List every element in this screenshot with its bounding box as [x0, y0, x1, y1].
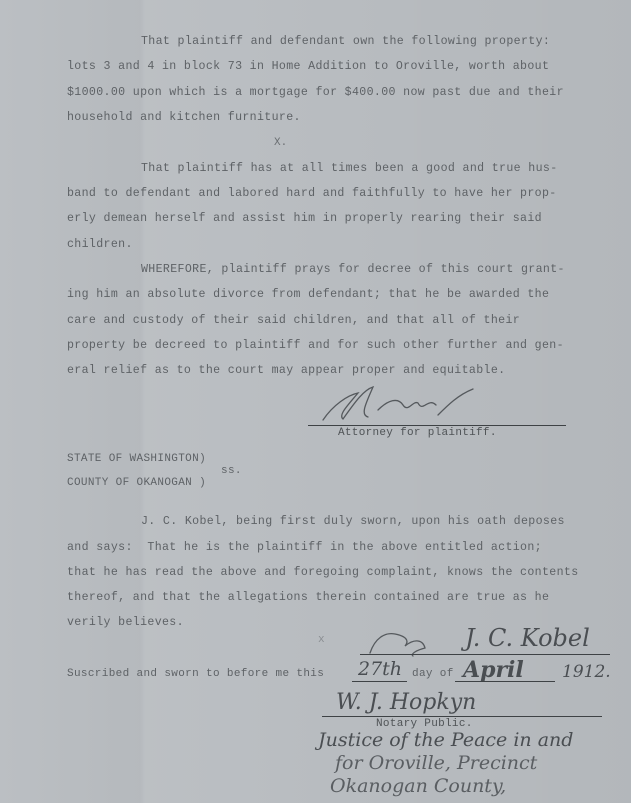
jurat-month: April [463, 657, 524, 683]
affiant-signature-line [360, 654, 610, 655]
conduct-line-4: children. [67, 238, 133, 251]
conduct-line-3: erly demean herself and assist him in pr… [67, 212, 542, 225]
conduct-line-2: band to defendant and labored hard and f… [67, 187, 557, 200]
jurat-day: 27th [358, 658, 402, 680]
property-line-1: That plaintiff and defendant own the fol… [141, 35, 550, 48]
notary-signature: W. J. Hopkyn [336, 690, 476, 715]
prayer-line-1: WHEREFORE, plaintiff prays for decree of… [141, 263, 565, 276]
verification-line-2: and says: That he is the plaintiff in th… [67, 541, 542, 554]
verification-line-5: verily believes. [67, 616, 184, 629]
notary-signature-line [322, 716, 602, 717]
jurat-month-line [455, 681, 555, 682]
notary-title-line-1: Justice of the Peace in and [318, 729, 573, 751]
attorney-caption: Attorney for plaintiff. [338, 427, 497, 439]
attorney-signature-scrawl [318, 385, 488, 425]
attorney-signature-line [308, 425, 566, 426]
property-line-3: $1000.00 upon which is a mortgage for $4… [67, 86, 564, 99]
jurat-year: 1912. [562, 662, 611, 682]
venue-county: COUNTY OF OKANOGAN ) [67, 477, 206, 489]
verification-line-1: J. C. Kobel, being first duly sworn, upo… [141, 515, 565, 528]
venue-ss: ss. [221, 465, 242, 477]
notary-title-line-2: for Oroville, Precinct [335, 752, 537, 774]
section-number: X. [274, 137, 287, 149]
prayer-line-3: care and custody of their said children,… [67, 314, 520, 327]
prayer-line-2: ing him an absolute divorce from defenda… [67, 288, 549, 301]
conduct-line-1: That plaintiff has at all times been a g… [141, 162, 558, 175]
document-page: That plaintiff and defendant own the fol… [0, 0, 631, 803]
property-line-4: household and kitchen furniture. [67, 111, 301, 124]
prayer-line-4: property be decreed to plaintiff and for… [67, 339, 564, 352]
jurat-prefix: Suscribed and sworn to before me this [67, 668, 324, 680]
property-line-2: lots 3 and 4 in block 73 in Home Additio… [67, 60, 549, 73]
verification-line-3: that he has read the above and foregoing… [67, 566, 579, 579]
notary-title-line-3: Okanogan County, [330, 775, 506, 797]
prayer-line-5: eral relief as to the court may appear p… [67, 364, 505, 377]
jurat-day-of: day of [412, 668, 454, 680]
affiant-mark: x [318, 634, 325, 646]
jurat-day-line [352, 681, 407, 682]
affiant-signature: J. C. Kobel [465, 624, 590, 652]
verification-line-4: thereof, and that the allegations therei… [67, 591, 549, 604]
venue-state: STATE OF WASHINGTON) [67, 453, 206, 465]
